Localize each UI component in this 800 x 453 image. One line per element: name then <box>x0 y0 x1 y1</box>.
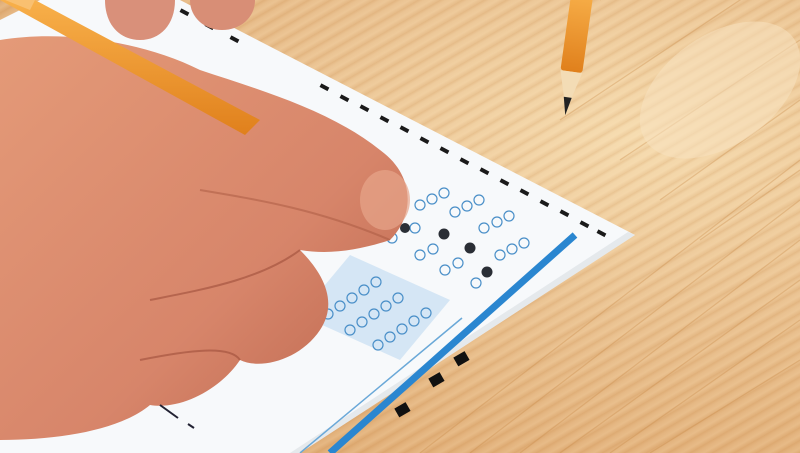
spare-pencil <box>554 0 593 117</box>
answer-sheet-photo <box>0 0 800 453</box>
wood-highlight <box>615 0 800 187</box>
photo-scene <box>0 0 800 453</box>
